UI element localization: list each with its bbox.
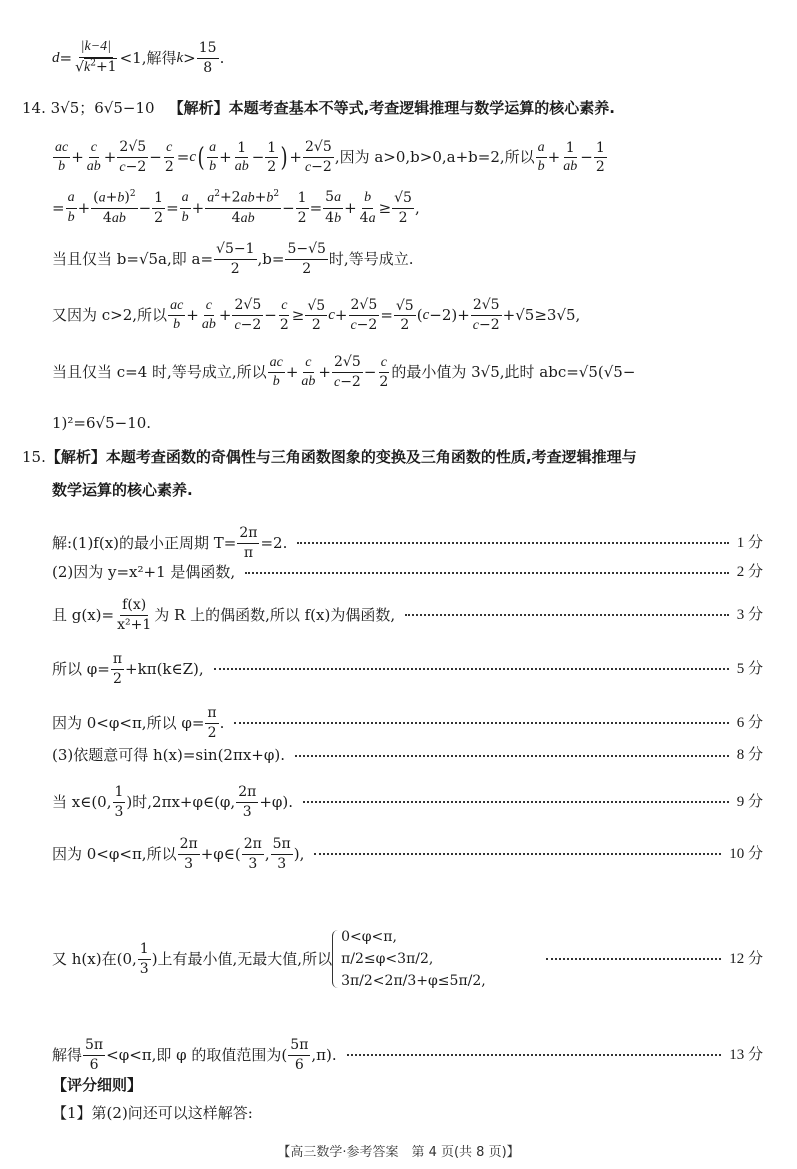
score: 1 分 [737, 536, 763, 551]
q14-line1: acb+ cab+ 2√5c−2− c2=c ( ab+ 1ab− 12 )+ … [52, 140, 608, 175]
case-system: 0<φ<π, π/2≤φ<3π/2, 3π/2<2π/3+φ≤5π/2, [332, 930, 486, 988]
step-text: )时,2πx+φ∈(φ, [126, 795, 235, 810]
rubric-heading: 【评分细则】 [52, 1078, 142, 1093]
separator: ,b= [258, 252, 285, 267]
analysis-tag: 【解析】 [169, 101, 229, 116]
step-6: (3)依题意可得 h(x)=sin(2πx+φ). 8 分 [52, 748, 763, 763]
separator: , [265, 847, 270, 862]
case-3: 3π/2<2π/3+φ≤5π/2, [341, 974, 486, 988]
fraction-denominator: 2 [229, 260, 242, 277]
equals: = [60, 51, 73, 66]
fraction-denominator: 3 [182, 855, 195, 872]
fraction-denominator: π [242, 544, 255, 561]
q15-heading: 15. 【解析】 本题考查函数的奇偶性与三角函数图象的变换及三角函数的性质,考查… [22, 450, 637, 465]
step-7: 当 x∈(0, 13 )时,2πx+φ∈(φ, 2π3 +φ). 9 分 [52, 785, 763, 819]
case-1: 0<φ<π, [341, 930, 486, 944]
q14-line3: 当且仅当 b=√5a,即 a= √5−12 ,b= 5−√52 时,等号成立. [52, 242, 413, 276]
fraction-numerator: 2π [178, 837, 200, 855]
analysis-text: 本题考查基本不等式,考查逻辑推理与数学运算的核心素养. [229, 101, 615, 116]
fraction-denominator: 3 [138, 960, 151, 977]
analysis-tag: 【解析】 [46, 450, 106, 465]
fraction-denominator: 3 [275, 855, 288, 872]
left-brace-icon [332, 930, 339, 988]
var-d: d [52, 51, 60, 66]
fraction-numerator: 2π [236, 785, 258, 803]
fraction-numerator: f(x) [120, 598, 148, 616]
score: 3 分 [737, 608, 763, 623]
leader-dots [297, 542, 728, 544]
step-text: 解:(1)f(x)的最小正周期 T= [52, 536, 236, 551]
step-text: 又 h(x)在(0, [52, 952, 137, 967]
plus-one: +1 [96, 59, 117, 75]
q14-line2: =ab+ (a+b)24ab− 12= ab+ a2+2ab+b24ab− 12… [52, 190, 420, 227]
q15-heading-cont: 数学运算的核心素养. [52, 483, 193, 498]
leader-dots [234, 722, 728, 724]
score: 10 分 [729, 847, 763, 862]
score: 8 分 [737, 748, 763, 763]
page-footer: 【高三数学·参考答案 第 4 页(共 8 页)】 [0, 1141, 797, 1160]
equality-c-text: 当且仅当 c=4 时,等号成立,所以 [52, 365, 267, 380]
fraction-numerator: 15 [197, 41, 219, 59]
rubric-text: 【1】第(2)问还可以这样解答: [52, 1106, 253, 1121]
step-9: 又 h(x)在(0, 13 )上有最小值,无最大值,所以 0<φ<π, π/2≤… [52, 942, 763, 976]
score: 9 分 [737, 795, 763, 810]
fraction-denominator: 2 [300, 260, 313, 277]
leader-dots [245, 572, 729, 574]
fraction-numerator: 1 [113, 785, 126, 803]
fraction-denominator: 8 [201, 59, 214, 76]
leader-dots [347, 1054, 722, 1056]
min-bound-text: +√5≥3√5, [503, 308, 581, 323]
step-text: 因为 0<φ<π,所以 [52, 847, 177, 862]
step-text: 解得 [52, 1048, 82, 1063]
step-text: ), [294, 847, 305, 862]
step-text: )上有最小值,无最大值,所以 [152, 952, 332, 967]
step-10: 解得 5π6 <φ<π,即 φ 的取值范围为( 5π6 ,π). 13 分 [52, 1038, 763, 1072]
fraction-denominator: 2 [111, 670, 124, 687]
var-k: k [176, 51, 183, 66]
fraction-numerator: 5−√5 [285, 242, 327, 260]
step-text: 因为 0<φ<π,所以 φ= [52, 716, 204, 731]
step-text: 当 x∈(0, [52, 795, 112, 810]
leader-dots [303, 801, 729, 803]
leader-dots [405, 614, 729, 616]
step-text: 所以 φ= [52, 662, 110, 677]
analysis-text: 本题考查函数的奇偶性与三角函数图象的变换及三角函数的性质,考查逻辑推理与 [106, 450, 637, 465]
q14-line6: 1)²=6√5−10. [52, 416, 151, 431]
fraction-numerator: π [111, 652, 124, 670]
fraction-numerator: 2π [237, 526, 259, 544]
leader-dots [314, 853, 721, 855]
fraction-denominator: √k2+1 [73, 58, 119, 76]
case-2: π/2≤φ<3π/2, [341, 952, 486, 966]
q14-heading: 14. 3√5；6√5−10 【解析】 本题考查基本不等式,考查逻辑推理与数学运… [22, 101, 615, 116]
fraction-denominator: 3 [241, 803, 254, 820]
score: 12 分 [729, 952, 763, 967]
rubric-title: 【评分细则】 [52, 1078, 142, 1093]
q14-answer: 14. 3√5；6√5−10 [22, 101, 155, 116]
gt-sign: > [183, 51, 196, 66]
step-text: . [220, 716, 225, 731]
min-value-text: 的最小值为 3√5,此时 abc=√5(√5− [391, 365, 635, 380]
period: . [220, 51, 225, 66]
c-condition-text: 又因为 c>2,所以 [52, 308, 167, 323]
rubric-item-1: 【1】第(2)问还可以这样解答: [52, 1106, 253, 1121]
fraction-numerator: 5π [83, 1038, 105, 1056]
condition-text: ,因为 a>0,b>0,a+b=2,所以 [335, 150, 535, 165]
score: 2 分 [737, 565, 763, 580]
fraction-denominator: 6 [88, 1056, 101, 1073]
leader-dots [214, 668, 729, 670]
step-text: ,π). [311, 1048, 336, 1063]
fraction-denominator: 6 [293, 1056, 306, 1073]
distance-fraction: |k−4| √k2+1 [73, 40, 119, 76]
fraction-numerator: 1 [138, 942, 151, 960]
step-3: 且 g(x)= f(x)x²+1 为 R 上的偶函数,所以 f(x)为偶函数, … [52, 598, 763, 632]
step-2: (2)因为 y=x²+1 是偶函数, 2 分 [52, 565, 763, 580]
step-text: =2. [260, 536, 287, 551]
q14-line4: 又因为 c>2,所以 acb+ cab+ 2√5c−2− c2≥ √52c+ 2… [52, 298, 580, 333]
step-text: +kπ(k∈Z), [125, 662, 204, 677]
fraction-denominator: 3 [113, 803, 126, 820]
leader-dots [546, 958, 722, 960]
equality-holds-text: 时,等号成立. [329, 252, 414, 267]
analysis-text: 数学运算的核心素养. [52, 483, 193, 498]
k-bound-fraction: 15 8 [197, 41, 219, 75]
leader-dots [295, 755, 729, 757]
step-text: +φ). [259, 795, 293, 810]
fraction-numerator: √5−1 [214, 242, 256, 260]
step-4: 所以 φ= π2 +kπ(k∈Z), 5 分 [52, 652, 763, 686]
score: 13 分 [729, 1048, 763, 1063]
fraction-denominator: 3 [246, 855, 259, 872]
step-text: <φ<π,即 φ 的取值范围为( [106, 1048, 287, 1063]
step-text: (3)依题意可得 h(x)=sin(2πx+φ). [52, 748, 285, 763]
fraction-denominator: x²+1 [115, 616, 153, 633]
step-text: 且 g(x)= [52, 608, 114, 623]
step-1: 解:(1)f(x)的最小正周期 T= 2ππ =2. 1 分 [52, 526, 763, 560]
step-5: 因为 0<φ<π,所以 φ= π2 . 6 分 [52, 706, 763, 740]
score: 5 分 [737, 662, 763, 677]
q13-conclusion: d = |k−4| √k2+1 <1,解得 k > 15 8 . [52, 40, 224, 76]
step-text: (2)因为 y=x²+1 是偶函数, [52, 565, 235, 580]
inequality-text: <1,解得 [120, 51, 177, 66]
step-8: 因为 0<φ<π,所以 2π3 +φ∈( 2π3 , 5π3 ), 10 分 [52, 837, 763, 871]
equality-condition: 当且仅当 b=√5a,即 a= [52, 252, 213, 267]
fraction-numerator: 2π [242, 837, 264, 855]
q14-line5: 当且仅当 c=4 时,等号成立,所以 acb+ cab+ 2√5c−2− c2 … [52, 355, 635, 390]
score: 6 分 [737, 716, 763, 731]
fraction-numerator: 5π [271, 837, 293, 855]
step-text: +φ∈( [201, 847, 241, 862]
fraction-denominator: 2 [206, 724, 219, 741]
abc-result: 1)²=6√5−10. [52, 416, 151, 431]
fraction-numerator: π [205, 706, 218, 724]
step-text: 为 R 上的偶函数,所以 f(x)为偶函数, [154, 608, 395, 623]
q15-label: 15. [22, 450, 46, 465]
fraction-numerator: |k−4| [79, 40, 113, 58]
fraction-numerator: 5π [288, 1038, 310, 1056]
